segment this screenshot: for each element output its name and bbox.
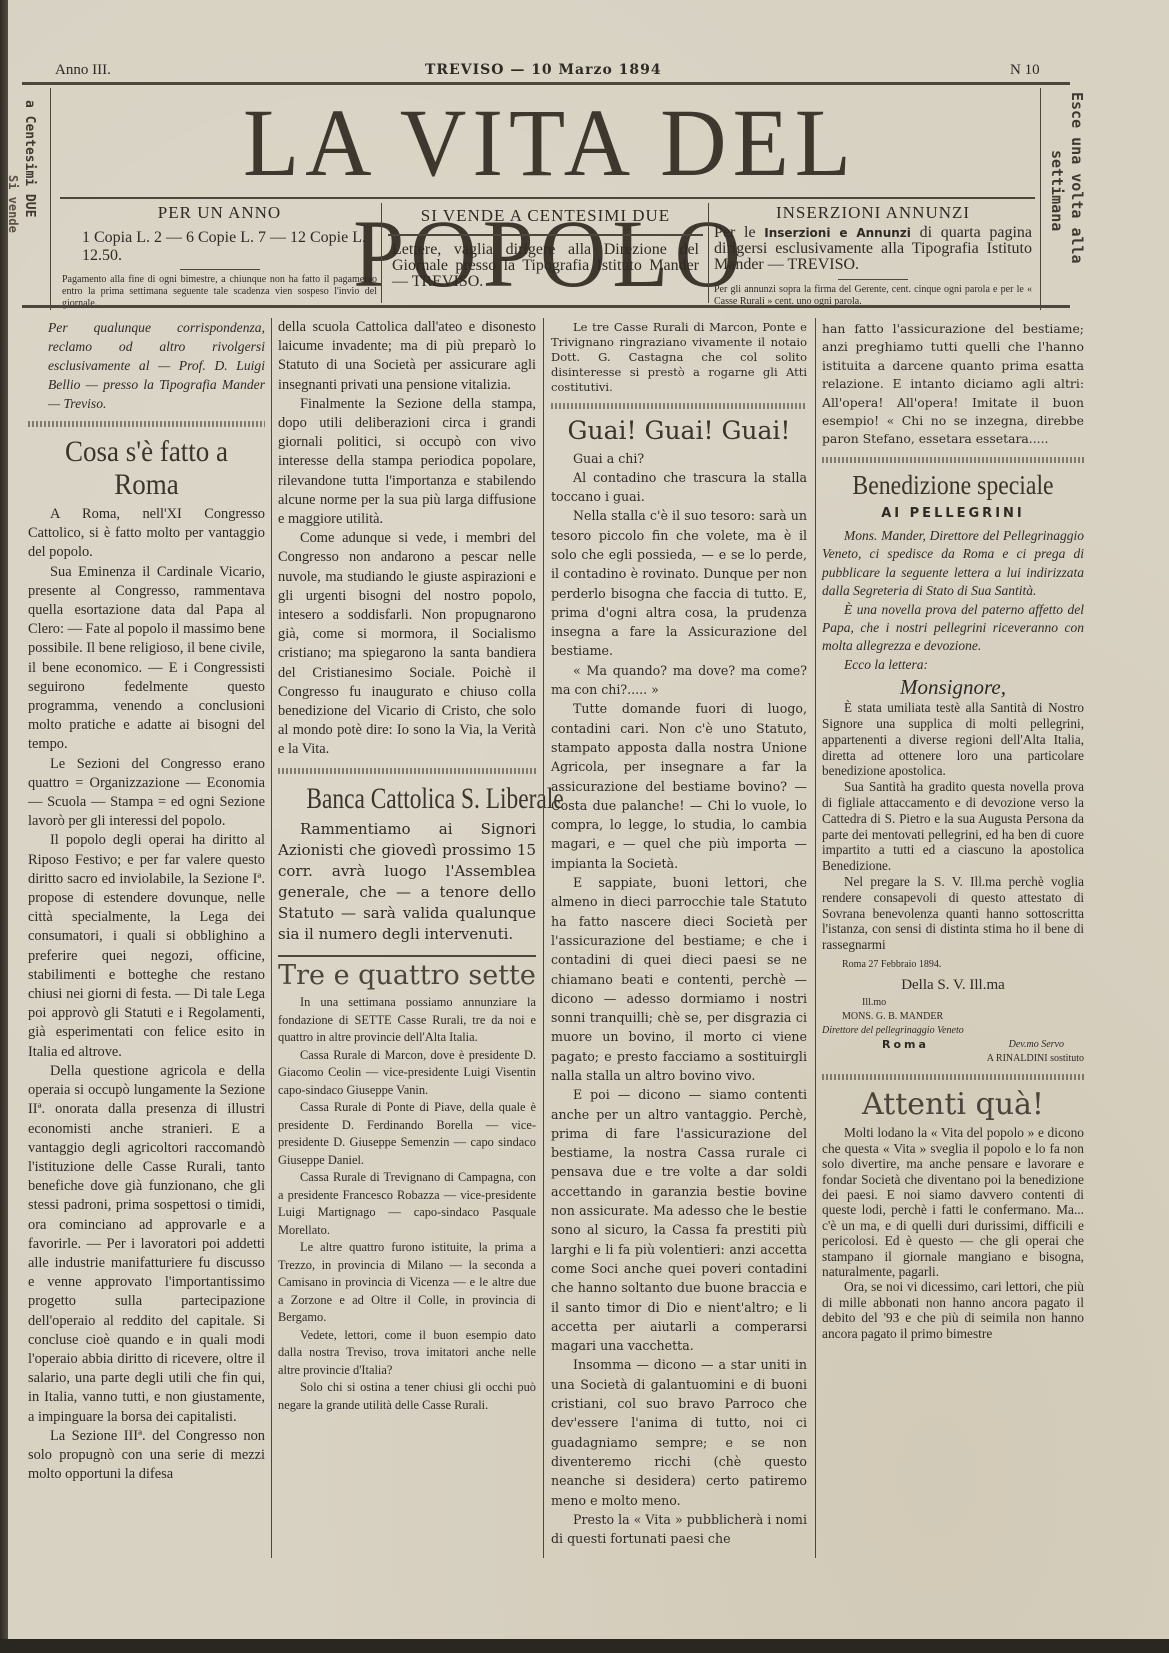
paragraph: Cassa Rurale di Trevignano di Campagna, … <box>278 1169 536 1239</box>
paragraph: Al contadino che trascura la stalla tocc… <box>551 468 807 507</box>
wavy-divider <box>28 421 265 427</box>
paragraph: Presto la « Vita » pubblicherà i nomi di… <box>551 1510 807 1549</box>
paragraph: della scuola Cattolica dall'ateo e dison… <box>278 318 536 395</box>
divider <box>278 955 536 957</box>
subscription-box: PER UN ANNO 1 Copia L. 2 — 6 Copie L. 7 … <box>62 203 377 310</box>
subscription-prices: 1 Copia L. 2 — 6 Copie L. 7 — 12 Copie L… <box>62 229 377 265</box>
column-1: Per qualunque corrispondenza, reclamo od… <box>28 318 265 1484</box>
column-rule-2 <box>543 318 544 1558</box>
ads-box: INSERZIONI ANNUNZI Per le Inserzioni e A… <box>714 203 1032 308</box>
wavy-divider <box>551 403 807 409</box>
divider <box>838 279 908 280</box>
paragraph: Le altre quattro furono istituite, la pr… <box>278 1239 536 1327</box>
paragraph: Solo chi si ostina a tener chiusi gli oc… <box>278 1379 536 1414</box>
sale-title: SI VENDE A CENTESIMI DUE <box>388 206 703 226</box>
letter-salutation: Monsignore, <box>822 674 1084 700</box>
letter-city: Roma <box>882 1038 929 1052</box>
masthead-bottom-rule <box>60 197 1035 199</box>
letter-signature: A RINALDINI sostituto <box>822 1052 1084 1066</box>
wavy-divider <box>822 1074 1084 1080</box>
paragraph: A Roma, nell'XI Congresso Cattolico, si … <box>28 505 265 563</box>
issue-year: Anno III. <box>55 62 111 79</box>
issue-date: TREVISO — 10 Marzo 1894 <box>425 62 662 78</box>
paragraph: Nella stalla c'è il suo tesoro: sarà un … <box>551 506 807 660</box>
casse-rurali-notice: Le tre Casse Rurali di Marcon, Ponte e T… <box>551 320 807 395</box>
paragraph: Vedete, lettori, come il buon esempio da… <box>278 1327 536 1380</box>
column-3: Le tre Casse Rurali di Marcon, Ponte e T… <box>551 320 807 1548</box>
column-4: han fatto l'assicurazione del bestiame; … <box>822 320 1084 1341</box>
article-subtitle: AI PELLEGRINI <box>822 505 1084 523</box>
paragraph: Guai a chi? <box>551 449 807 468</box>
wavy-divider <box>822 457 1084 463</box>
letter-body: È stata umiliata testè alla Santità di N… <box>822 700 1084 953</box>
paragraph: Insomma — dicono — a star uniti in una S… <box>551 1355 807 1509</box>
article-title-roma: Cosa s'è fatto a Roma <box>40 435 253 501</box>
paragraph: Ora, se noi vi dicessimo, cari lettori, … <box>822 1279 1084 1341</box>
tre-body: In una settimana possiamo annunziare la … <box>278 994 536 1414</box>
sale-text: Lettere, vaglia dirigere alla Direzione … <box>388 242 703 290</box>
attenti-body: Molti lodano la « Vita del popolo » e di… <box>822 1125 1084 1341</box>
paragraph: Cassa Rurale di Ponte di Piave, della qu… <box>278 1099 536 1169</box>
paragraph: Come adunque si vede, i membri del Congr… <box>278 529 536 759</box>
letter-addressee: MONS. G. B. MANDER <box>822 1010 1084 1024</box>
paragraph: Tutte domande fuori di luogo, contadini … <box>551 699 807 873</box>
divider <box>180 269 260 270</box>
paragraph: È stata umiliata testè alla Santità di N… <box>822 700 1084 779</box>
left-margin-line2: a Centesimi DUE <box>22 100 37 217</box>
article-title-guai: Guai! Guai! Guai! <box>551 417 807 445</box>
divider <box>388 234 703 236</box>
paragraph: In una settimana possiamo annunziare la … <box>278 994 536 1047</box>
masthead-left-border <box>50 88 51 310</box>
top-rule <box>22 82 1070 85</box>
article-title-banca: Banca Cattolica S. Liberale <box>306 782 507 815</box>
paragraph: E sappiate, buoni lettori, che almeno in… <box>551 873 807 1085</box>
sale-box: SI VENDE A CENTESIMI DUE Lettere, vaglia… <box>388 206 703 290</box>
paragraph: Ecco la lettera: <box>822 656 1084 674</box>
right-margin-note-2: settimana <box>1048 150 1066 300</box>
ads-text: Per le Inserzioni e Annunzi di quarta pa… <box>714 225 1032 273</box>
correspondence-notice: Per qualunque corrispondenza, reclamo od… <box>28 318 265 413</box>
paragraph: Molti lodano la « Vita del popolo » e di… <box>822 1125 1084 1279</box>
article-title-benedizione: Benedizione speciale <box>838 471 1069 501</box>
masthead-right-border <box>1040 88 1041 310</box>
paragraph: E poi — dicono — siamo contenti anche pe… <box>551 1085 807 1355</box>
letter-ill: Ill.mo <box>822 996 1084 1010</box>
paragraph: Sua Eminenza il Cardinale Vicario, prese… <box>28 563 265 755</box>
paragraph: Della questione agricola e della operaia… <box>28 1062 265 1427</box>
column-2: della scuola Cattolica dall'ateo e dison… <box>278 318 536 1414</box>
subscription-title: PER UN ANNO <box>62 203 377 223</box>
letter-signoff: Roma Dev.mo Servo <box>822 1038 1084 1052</box>
left-margin-note: a Centesimi DUE <box>22 100 37 300</box>
letter-servo: Dev.mo Servo <box>1009 1038 1064 1052</box>
letter-addressee-role: Direttore del pellegrinaggio Veneto <box>822 1024 1084 1038</box>
article-title-attenti: Attenti quà! <box>822 1088 1084 1121</box>
column-rule-3 <box>815 318 816 1558</box>
page-bottom-edge <box>0 1639 1169 1653</box>
paragraph: « Ma quando? ma dove? ma come? ma con ch… <box>551 661 807 700</box>
paragraph: han fatto l'assicurazione del bestiame; … <box>822 320 1084 449</box>
paragraph: La Sezione IIIª. del Congresso non solo … <box>28 1427 265 1485</box>
paragraph: È una novella prova del paterno affetto … <box>822 601 1084 656</box>
ads-title: INSERZIONI ANNUNZI <box>714 203 1032 223</box>
right-margin-note: Esce una volta alla <box>1068 92 1086 312</box>
column-rule-1 <box>271 318 272 1558</box>
article-title-tre: Tre e quattro sette <box>278 961 536 991</box>
paragraph: Sua Santità ha gradito questa novella pr… <box>822 779 1084 874</box>
letter-closing: Della S. V. Ill.ma <box>822 974 1084 996</box>
paragraph: Il popolo degli operai ha diritto al Rip… <box>28 831 265 1061</box>
paragraph: Finalmente la Sezione della stampa, dopo… <box>278 395 536 529</box>
wavy-divider <box>278 768 536 774</box>
header-bottom-rule <box>22 305 1070 308</box>
banca-notice: Rammentiamo ai Signori Azionisti che gio… <box>278 819 536 945</box>
left-margin-note-2: Si vende <box>6 175 20 295</box>
paragraph: Mons. Mander, Direttore del Pellegrinagg… <box>822 527 1084 601</box>
paragraph: Cassa Rurale di Marcon, dove è president… <box>278 1047 536 1100</box>
box-divider-2 <box>708 203 709 303</box>
paragraph: Le Sezioni del Congresso erano quattro =… <box>28 755 265 832</box>
letter-date: Roma 27 Febbraio 1894. <box>822 956 1084 974</box>
paragraph: Nel pregare la S. V. Ill.ma perchè vogli… <box>822 874 1084 953</box>
issue-number: N 10 <box>1010 62 1040 79</box>
box-divider-1 <box>381 203 382 303</box>
